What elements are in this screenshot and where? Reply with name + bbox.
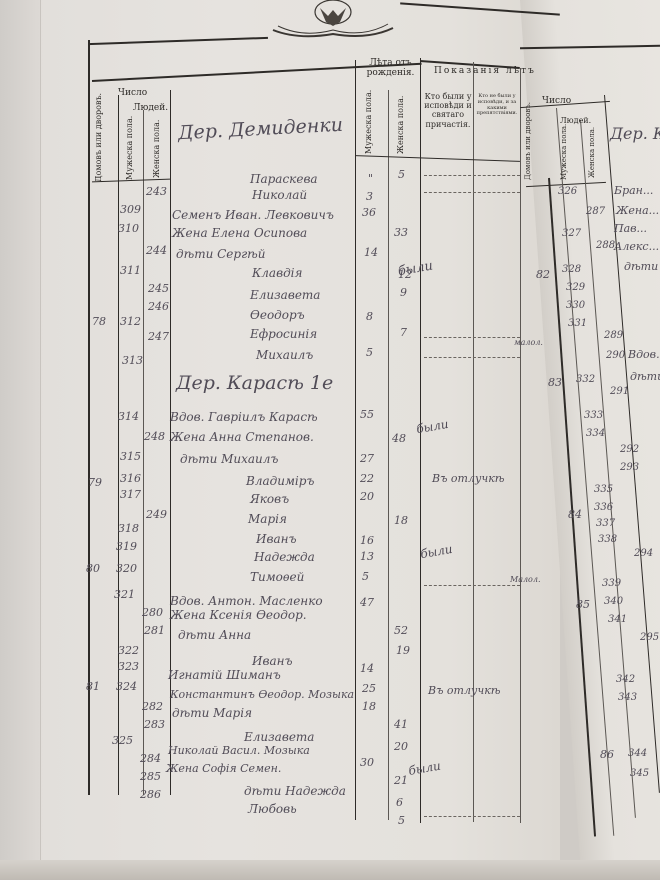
right-household-number: 84 bbox=[568, 508, 582, 521]
right-female-number: 289 bbox=[604, 330, 623, 341]
right-household-number: 85 bbox=[576, 598, 590, 611]
right-header-number: Число bbox=[542, 96, 571, 106]
right-female-number: 291 bbox=[610, 386, 629, 397]
confession-mark-absent: Въ отлучкѣ bbox=[432, 472, 504, 485]
confession-mark-absent: Въ отлучкѣ bbox=[428, 684, 500, 697]
right-male-number: 329 bbox=[566, 282, 585, 293]
right-male-number: 327 bbox=[562, 228, 581, 239]
bottom-page-stack bbox=[0, 860, 660, 880]
double-headed-eagle-emblem-icon bbox=[268, 0, 398, 42]
row-separator bbox=[424, 175, 520, 176]
col-divider-2 bbox=[143, 110, 144, 795]
col-divider-5 bbox=[388, 90, 389, 820]
right-female-number: 295 bbox=[640, 632, 659, 643]
right-name-fragment: дѣти bbox=[630, 370, 660, 383]
right-female-number: 294 bbox=[634, 548, 653, 559]
right-male-number: 341 bbox=[608, 614, 627, 625]
right-female-number: 287 bbox=[586, 206, 605, 217]
row-separator bbox=[424, 585, 520, 586]
col-divider-8 bbox=[520, 68, 521, 823]
header-people: Людей. bbox=[133, 103, 168, 113]
section-title-karasi: Дер. Карасѣ 1е bbox=[176, 372, 333, 394]
right-male-number: 345 bbox=[630, 768, 649, 779]
header-age-female: Женска пола. bbox=[396, 94, 405, 154]
right-male-number: 331 bbox=[568, 318, 587, 329]
col-divider-4 bbox=[355, 60, 356, 820]
margin-note: Малол. bbox=[510, 575, 541, 584]
right-household-number: 82 bbox=[536, 268, 550, 281]
right-male-number: 333 bbox=[584, 410, 603, 421]
right-male-number: 328 bbox=[562, 264, 581, 275]
right-male-number: 335 bbox=[594, 484, 613, 495]
right-male-number: 339 bbox=[602, 578, 621, 589]
right-section-title: Дер. К... bbox=[610, 124, 660, 143]
right-header-households: Домовъ или дворовъ. bbox=[524, 120, 532, 180]
header-age-male: Мужеска пола. bbox=[364, 94, 373, 154]
right-header-male: Мужеска пола. bbox=[560, 132, 568, 180]
right-name-fragment: Алекс... bbox=[614, 240, 659, 253]
row-separator bbox=[424, 337, 520, 338]
right-household-number: 86 bbox=[600, 748, 614, 761]
header-indications: Показанія лѣтъ bbox=[434, 66, 536, 76]
right-name-fragment: Жена... bbox=[616, 204, 659, 217]
right-female-number: 293 bbox=[620, 462, 639, 473]
header-not-confessed: Кто не были у исповѣди, и за какими преп… bbox=[476, 94, 518, 117]
col-divider-6 bbox=[420, 58, 421, 823]
right-male-number: 332 bbox=[576, 374, 595, 385]
margin-note: малол. bbox=[514, 338, 543, 347]
header-male: Мужеска пола. bbox=[125, 122, 134, 180]
right-header-female: Женска пола. bbox=[588, 130, 596, 178]
right-male-number: 326 bbox=[558, 186, 577, 197]
right-male-number: 343 bbox=[618, 692, 637, 703]
right-household-number: 83 bbox=[548, 376, 562, 389]
right-male-number: 334 bbox=[586, 428, 605, 439]
header-female: Женска пола. bbox=[152, 120, 161, 178]
right-female-number: 288 bbox=[596, 240, 615, 251]
header-number: Число bbox=[118, 88, 147, 98]
right-name-fragment: дѣти bbox=[624, 260, 658, 273]
right-male-number: 340 bbox=[604, 596, 623, 607]
right-name-fragment: Пав... bbox=[614, 222, 647, 235]
right-female-number: 290 bbox=[606, 350, 625, 361]
right-male-number: 337 bbox=[596, 518, 615, 529]
right-male-number: 338 bbox=[598, 534, 617, 545]
right-male-number: 336 bbox=[594, 502, 613, 513]
right-female-number: 292 bbox=[620, 444, 639, 455]
right-name-fragment: Вдов... bbox=[628, 348, 660, 361]
right-male-number: 344 bbox=[628, 748, 647, 759]
row-separator bbox=[424, 357, 520, 358]
row-separator bbox=[424, 192, 520, 193]
col-divider-7 bbox=[473, 62, 474, 822]
page-stack-edge bbox=[0, 0, 41, 880]
right-male-number: 330 bbox=[566, 300, 585, 311]
header-households: Домовъ или дворовъ. bbox=[94, 112, 103, 182]
row-separator bbox=[424, 816, 520, 817]
right-male-number: 342 bbox=[616, 674, 635, 685]
header-age: Лѣта отъ рожденія. bbox=[363, 58, 418, 79]
right-name-fragment: Бран... bbox=[614, 184, 653, 197]
header-confession: Кто были у исповѣди и святаго причастія. bbox=[424, 92, 472, 129]
